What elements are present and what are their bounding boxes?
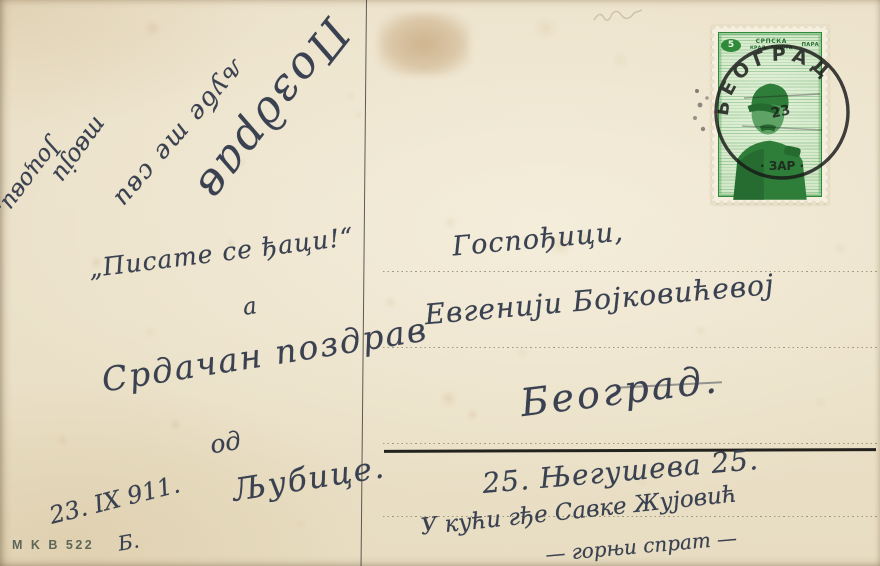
message-signature: Љубице.: [231, 452, 388, 507]
glue-stain: [378, 12, 470, 76]
message-greeting: Срдачан поздрав: [99, 312, 430, 396]
postmark: БЕОГРАД 23 · ЗАР ·: [694, 24, 870, 200]
address-dotted-line-1: [383, 271, 877, 273]
address-city: Београд.: [518, 360, 721, 422]
postcard-back: M K B 522 Поздрав љубе те сви твоји Јоцо…: [0, 0, 880, 566]
postmark-day: 23: [770, 102, 792, 122]
ink-specks: [0, 0, 2, 2]
stamp-perforation-bottom: [710, 199, 830, 207]
message-place-abbrev: Б.: [116, 530, 140, 553]
message-connector: а: [241, 295, 258, 320]
publisher-mark: M K B 522: [12, 538, 94, 552]
message-date: 23. IX 911.: [47, 472, 182, 528]
address-dotted-line-3: [383, 443, 877, 445]
postmark-bottom-text: · ЗАР ·: [760, 159, 804, 173]
address-honorific: Госпођици,: [451, 219, 625, 261]
pencil-mark: [592, 6, 646, 26]
address-name: Евгенији Бојковићевој: [423, 271, 775, 329]
message-salutation: „Писате се ђаци!“: [87, 224, 355, 281]
address-dotted-line-2: [383, 347, 877, 349]
address-floor-note: — горњи спрат —: [544, 528, 737, 565]
address-thick-rule: [384, 448, 876, 453]
message-from-word: од: [208, 428, 243, 458]
